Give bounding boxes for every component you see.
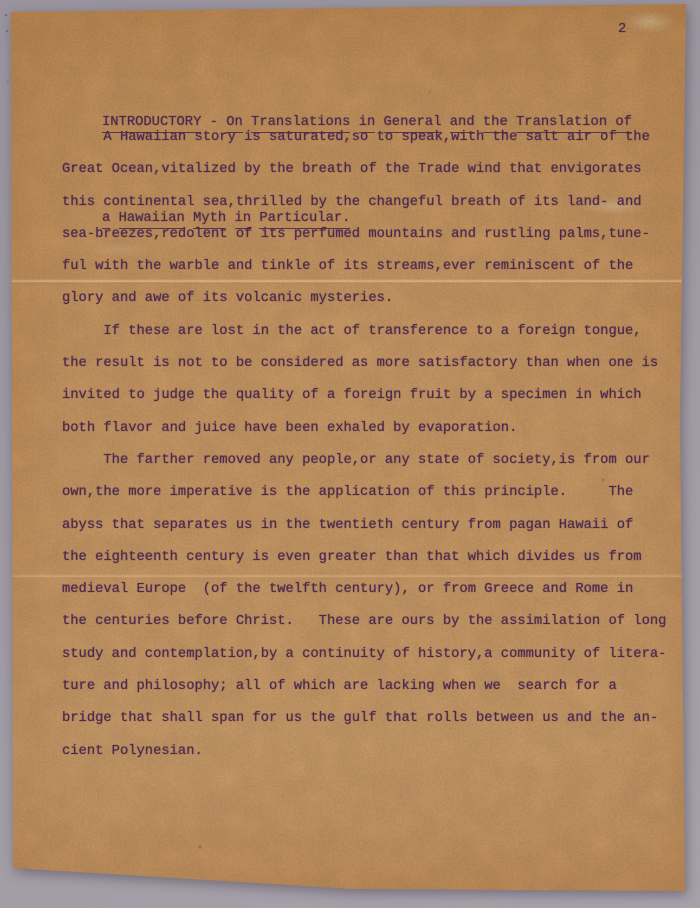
body-paragraph: The farther removed any people,or any st…	[62, 445, 666, 768]
typewritten-page: 2 INTRODUCTORY - On Translations in Gene…	[0, 0, 700, 908]
body-paragraph: If these are lost in the act of transfer…	[62, 316, 666, 445]
page-number: 2	[618, 22, 626, 38]
photo-backdrop: 2 INTRODUCTORY - On Translations in Gene…	[0, 0, 700, 908]
body-paragraph: A Hawaiian story is saturated,so to spea…	[62, 122, 666, 316]
paper-shadow: 2 INTRODUCTORY - On Translations in Gene…	[0, 0, 700, 908]
document-body: A Hawaiian story is saturated,so to spea…	[62, 122, 666, 768]
